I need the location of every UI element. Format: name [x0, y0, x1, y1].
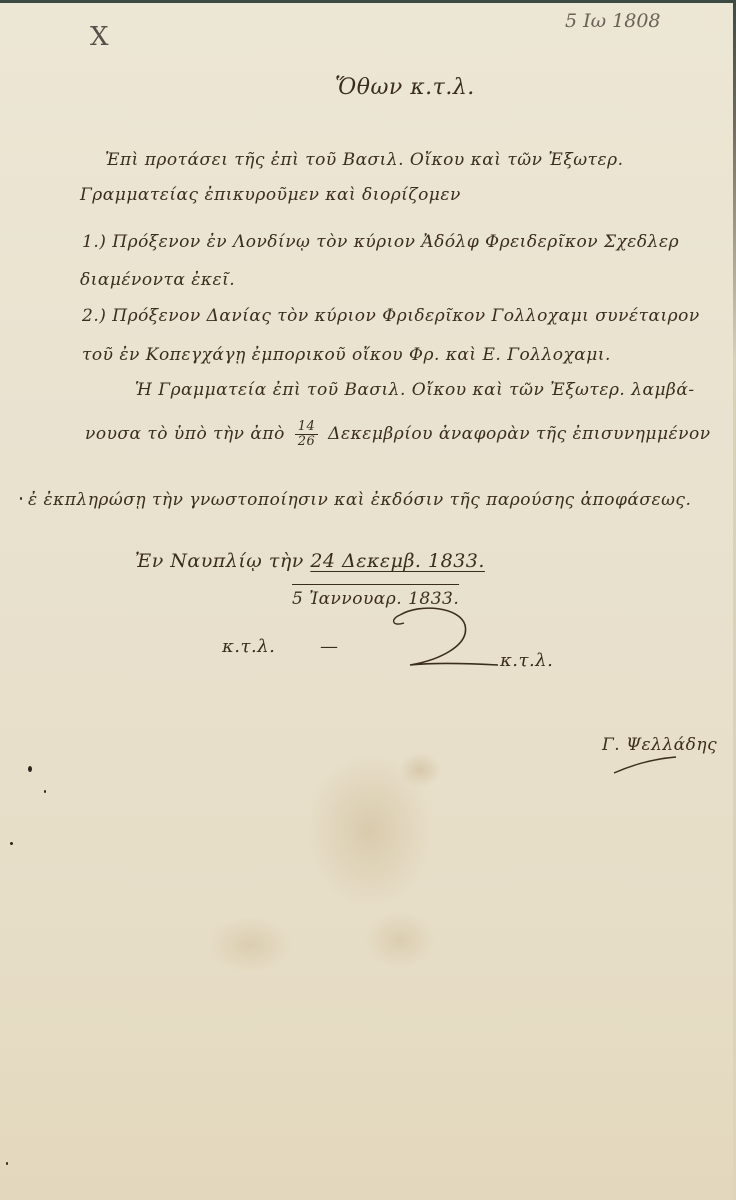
signature: Γ. Ψελλάδης: [602, 735, 717, 755]
manuscript-page: 5 Ιω 1808 X Ὅθων κ.τ.λ. Ἐπὶ προτάσει τῆς…: [0, 0, 736, 1200]
line-9-text: ἐκπληρώσῃ τὴν γνωστοποίησιν καὶ ἐκδόσιν …: [44, 490, 692, 510]
margin-mark: X: [90, 22, 109, 52]
body-line-8-end: Δεκεμβρίου ἀναφορὰν τῆς ἐπισυνημμένον: [328, 424, 710, 444]
archive-reference: 5 Ιω 1808: [565, 10, 661, 32]
body-line-8-start: νουσα τὸ ὑπὸ τὴν ἀπὸ: [85, 424, 285, 444]
ink-speck: [10, 842, 13, 845]
document-heading: Ὅθων κ.τ.λ.: [335, 75, 475, 100]
body-line-5: 2.) Πρόξενον Δανίας τὸν κύριον Φριδερῖκο…: [82, 306, 700, 326]
body-line-4: διαμένοντα ἐκεῖ.: [80, 270, 235, 290]
date-fraction: 14 26: [295, 420, 319, 449]
body-line-2: Γραμματείας ἐπικυροῦμεν καὶ διορίζομεν: [80, 185, 461, 205]
body-line-6: τοῦ ἐν Κοπεγχάγῃ ἐμπορικοῦ οἴκου Φρ. καὶ…: [82, 345, 611, 365]
line-9-prefix: ἐ: [28, 490, 38, 510]
fraction-numerator: 14: [295, 420, 319, 435]
body-line-3: 1.) Πρόξενον ἐν Λονδίνῳ τὸν κύριον Ἀδόλφ…: [82, 232, 679, 252]
scan-top-edge: [0, 0, 736, 3]
ink-speck: [6, 1162, 8, 1165]
date-line: Ἐν Ναυπλίῳ τὴν 24 Δεκεμβ. 1833.: [135, 550, 485, 572]
body-line-8: νουσα τὸ ὑπὸ τὴν ἀπὸ 14 26 Δεκεμβρίου ἀν…: [85, 420, 711, 449]
date-old-style: 24 Δεκεμβ. 1833.: [310, 550, 485, 572]
date-place: Ἐν Ναυπλίῳ τὴν: [135, 550, 304, 572]
ink-speck: [20, 497, 22, 500]
closing-etc-right: κ.τ.λ.: [500, 650, 553, 671]
ink-speck: [44, 790, 46, 793]
body-line-7: Ἡ Γραμματεία ἐπὶ τοῦ Βασιλ. Οἴκου καὶ τῶ…: [135, 380, 695, 400]
signature-flourish-icon: [370, 605, 500, 675]
body-line-9: ἐ ἐκπληρώσῃ τὴν γνωστοποίησιν καὶ ἐκδόσι…: [28, 490, 691, 510]
closing-etc-left: κ.τ.λ.: [222, 636, 275, 657]
ink-speck: [28, 766, 32, 772]
fraction-denominator: 26: [295, 435, 319, 449]
signature-underline-icon: [612, 755, 678, 775]
closing-dash: —: [320, 636, 339, 657]
body-line-1: Ἐπὶ προτάσει τῆς ἐπὶ τοῦ Βασιλ. Οἴκου κα…: [105, 150, 624, 170]
